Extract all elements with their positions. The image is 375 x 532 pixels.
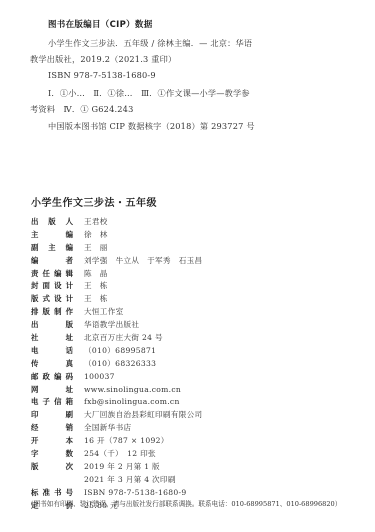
imprint-value: 大恒工作室 (84, 306, 123, 317)
imprint-value: 王 丽 (84, 242, 108, 253)
imprint-value: 陈 晶 (84, 268, 108, 279)
imprint-value: （010）68326333 (84, 358, 156, 369)
imprint-value: 王 栋 (84, 280, 108, 291)
imprint-table: 出版人王君校主编徐 林副主编王 丽编者刘学强 牛立从 于军秀 石玉昌责任编辑陈 … (31, 215, 371, 511)
imprint-value: （010）68995871 (84, 345, 156, 356)
imprint-label: 版次 (31, 461, 73, 472)
cip-line: ISBN 978-7-5138-1680-9 (48, 70, 156, 80)
imprint-label: 编者 (31, 255, 73, 266)
imprint-label: 副主编 (31, 242, 73, 253)
imprint-row: 责任编辑陈 晶 (31, 267, 371, 280)
imprint-row: 开本16 开（787 × 1092） (31, 434, 371, 447)
imprint-label: 封面设计 (31, 280, 73, 291)
imprint-row: 排版制作大恒工作室 (31, 305, 371, 318)
imprint-label: 字数 (31, 448, 73, 459)
imprint-row: 印刷大厂回族自治县彩虹印刷有限公司 (31, 408, 371, 421)
imprint-label: 开本 (31, 435, 73, 446)
imprint-label: 邮政编码 (31, 371, 73, 382)
imprint-label: 网址 (31, 384, 73, 395)
cip-line: Ⅰ．①小… Ⅱ．①徐… Ⅲ．①作文课—小学—教学参 (48, 88, 250, 99)
imprint-label: 排版制作 (31, 306, 73, 317)
imprint-value: fxb@sinolingua.com.cn (84, 397, 180, 406)
imprint-row: 社址北京百万庄大街 24 号 (31, 331, 371, 344)
imprint-row: 电话（010）68995871 (31, 344, 371, 357)
imprint-value: 254（千） 12 印张 (84, 448, 156, 459)
imprint-row: 副主编王 丽 (31, 241, 371, 254)
imprint-row: 网址www.sinolingua.com.cn (31, 383, 371, 396)
imprint-value: 大厂回族自治县彩虹印刷有限公司 (84, 409, 202, 420)
imprint-row: 版式设计王 栋 (31, 292, 371, 305)
imprint-label: 电子信箱 (31, 396, 73, 407)
imprint-row: 邮政编码100037 (31, 370, 371, 383)
imprint-label: 传真 (31, 358, 73, 369)
imprint-row: 主编徐 林 (31, 228, 371, 241)
imprint-row: 出版华语教学出版社 (31, 318, 371, 331)
imprint-row: 字数254（千） 12 印张 (31, 447, 371, 460)
imprint-value: 徐 林 (84, 229, 108, 240)
book-title: 小学生作文三步法・五年级 (31, 194, 157, 209)
imprint-value: 刘学强 牛立从 于军秀 石玉昌 (84, 255, 202, 266)
cip-line: 教学出版社，2019.2（2021.3 重印） (30, 54, 176, 65)
cip-line: 小学生作文三步法．五年级 / 徐林主编．— 北京：华语 (48, 38, 252, 49)
imprint-value: 王君校 (84, 216, 108, 227)
imprint-value: 北京百万庄大街 24 号 (84, 332, 163, 343)
imprint-label: 主编 (31, 229, 73, 240)
imprint-value: 2019 年 2 月第 1 版 (84, 461, 160, 472)
footnote: （图书如有印刷、装订错误，请与出版社发行部联系调换。联系电话：010-68995… (27, 498, 341, 508)
imprint-label: 电话 (31, 345, 73, 356)
cip-line: 考资料 Ⅳ．① G624.243 (30, 104, 134, 115)
imprint-row: 经销全国新华书店 (31, 421, 371, 434)
imprint-label: 出版 (31, 319, 73, 330)
imprint-label: 印刷 (31, 409, 73, 420)
imprint-label: 责任编辑 (31, 268, 73, 279)
imprint-value: 华语教学出版社 (84, 319, 139, 330)
imprint-label: 社址 (31, 332, 73, 343)
imprint-label: 标准书号 (31, 487, 73, 498)
imprint-row: 编者刘学强 牛立从 于军秀 石玉昌 (31, 254, 371, 267)
imprint-row: 版次2019 年 2 月第 1 版 (31, 460, 371, 473)
cip-title: 图书在版编目（CIP）数据 (48, 18, 153, 30)
imprint-value: 王 栋 (84, 293, 108, 304)
imprint-row: 出版人王君校 (31, 215, 371, 228)
imprint-label: 经销 (31, 422, 73, 433)
imprint-row: 2021 年 3 月第 4 次印刷 (31, 473, 371, 486)
imprint-label: 版式设计 (31, 293, 73, 304)
imprint-value: 16 开（787 × 1092） (84, 435, 169, 446)
imprint-label: 出版人 (31, 216, 73, 227)
imprint-row: 电子信箱fxb@sinolingua.com.cn (31, 395, 371, 408)
imprint-value: ISBN 978-7-5138-1680-9 (84, 488, 187, 497)
imprint-row: 传真（010）68326333 (31, 357, 371, 370)
imprint-value: 100037 (84, 372, 115, 381)
imprint-value: www.sinolingua.com.cn (84, 385, 181, 394)
imprint-value: 全国新华书店 (84, 422, 131, 433)
cip-line: 中国版本图书馆 CIP 数据核字（2018）第 293727 号 (48, 121, 255, 132)
imprint-row: 封面设计王 栋 (31, 279, 371, 292)
imprint-value: 2021 年 3 月第 4 次印刷 (84, 474, 176, 485)
imprint-row: 标准书号ISBN 978-7-5138-1680-9 (31, 486, 371, 499)
